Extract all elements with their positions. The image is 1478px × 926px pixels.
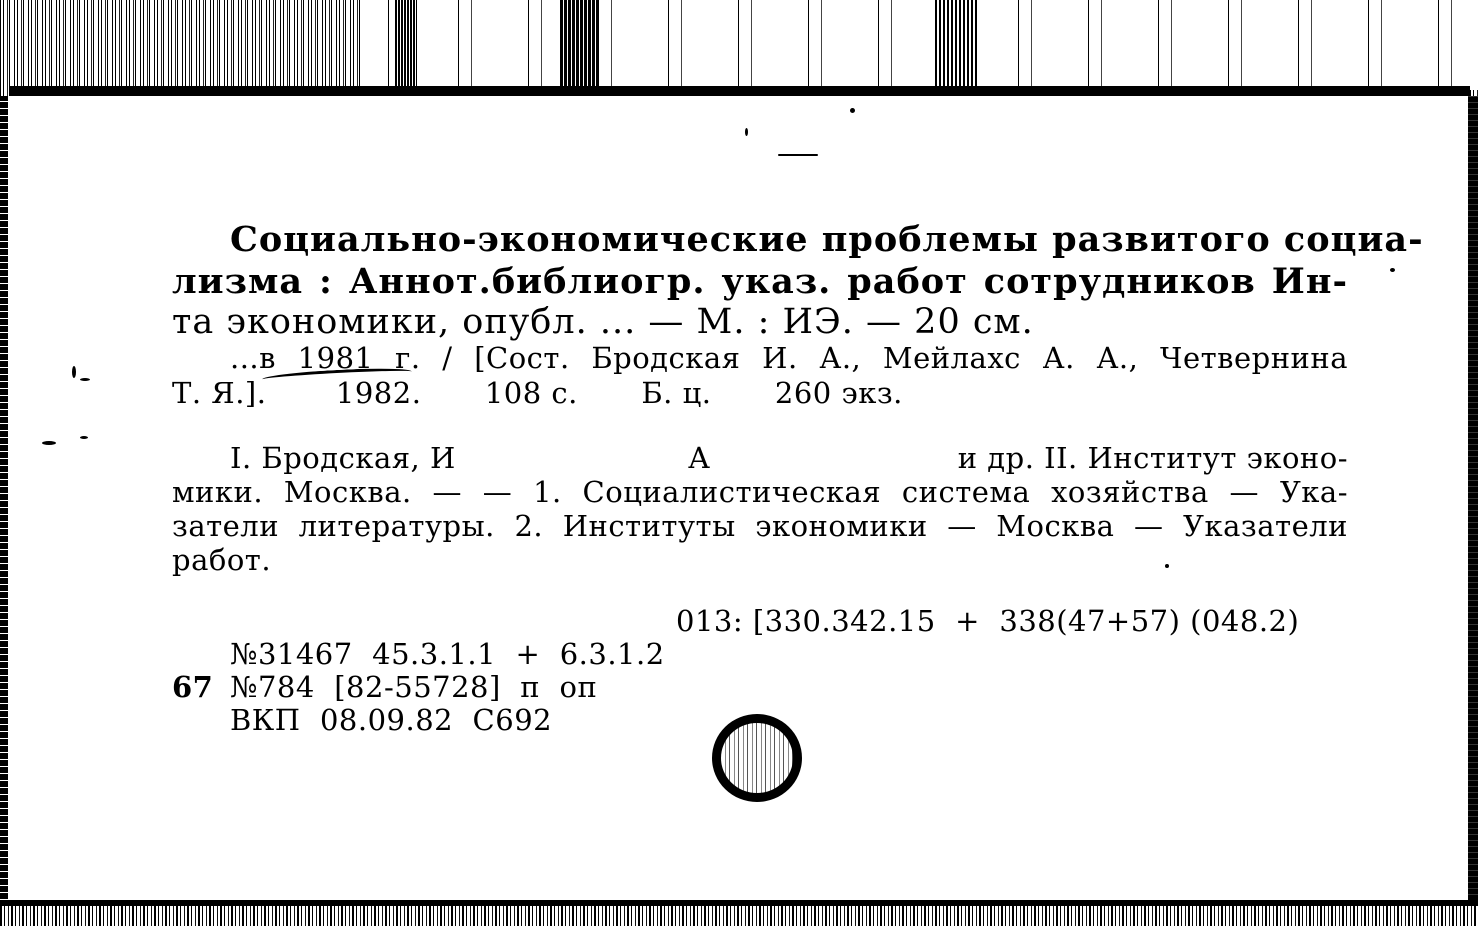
tracing-line-4: работ.	[172, 543, 271, 577]
scan-speck	[42, 441, 56, 445]
classification-udc: 013: [330.342.15 + 338(47+57) (048.2)	[676, 604, 1299, 638]
scan-speck	[72, 366, 76, 378]
title-line-3: та экономики, опубл. ... — М. : ИЭ. — 20…	[172, 304, 1034, 340]
volume-line-2: Т. Я.]. 1982. 108 с. Б. ц. 260 экз.	[172, 376, 903, 410]
punch-hole	[712, 714, 802, 802]
scan-speck	[1390, 268, 1395, 272]
footer-line-3: ВКП 08.09.82 С692	[230, 703, 552, 737]
tracing-line-1: I. Бродская, И А и др. II. Институт экон…	[230, 441, 1348, 475]
year: 1982.	[336, 376, 422, 410]
compilers-end: Т. Я.].	[172, 376, 266, 410]
scan-speck	[80, 436, 88, 439]
scan-speck	[850, 108, 855, 113]
price: Б. ц.	[641, 376, 711, 410]
title-line-2: лизма : Аннот.библиогр. указ. работ сотр…	[172, 264, 1348, 300]
tracing-line-2: мики. Москва. — — 1. Социалистическая си…	[172, 475, 1348, 509]
print-run: 260 экз.	[775, 376, 903, 410]
scan-speck	[745, 128, 748, 136]
scan-speck	[1165, 564, 1169, 568]
scan-speck	[80, 378, 90, 381]
tracing-line-3: затели литературы. 2. Институты экономик…	[172, 509, 1348, 543]
footer-line-2: №784 [82-55728] п оп	[230, 670, 597, 704]
title-line-1: Социально-экономические проблемы развито…	[230, 222, 1348, 258]
card-number: 67	[172, 670, 213, 704]
footer-line-1: №31467 45.3.1.1 + 6.3.1.2	[230, 637, 665, 671]
scan-speck	[778, 154, 818, 156]
pages: 108 с.	[485, 376, 578, 410]
catalog-card: Социально-экономические проблемы развито…	[0, 0, 1478, 926]
